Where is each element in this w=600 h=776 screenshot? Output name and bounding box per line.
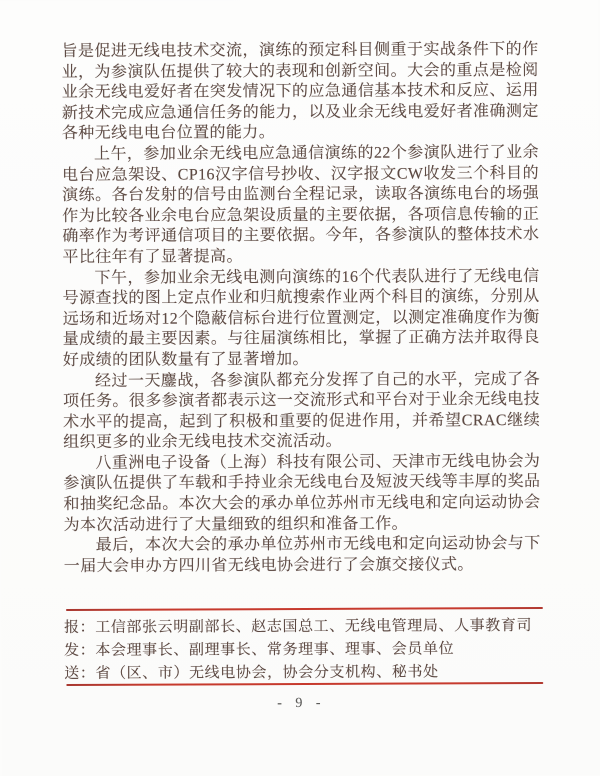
document-page: 旨是促进无线电技术交流，演练的预定科目侧重于实战条件下的作业，为参演队伍提供了较… <box>0 0 600 776</box>
paragraph: 上午，参加业余无线电应急通信演练的22个参演队进行了业余电台应急架设、CP16汉… <box>62 143 540 269</box>
paragraph: 最后，本次大会的承办单位苏州市无线电和定向运动协会与下一届大会申办方四川省无线电… <box>64 534 541 577</box>
paragraph: 旨是促进无线电技术交流，演练的预定科目侧重于实战条件下的作业，为参演队伍提供了较… <box>61 40 538 145</box>
distribution-row-report: 报： 工信部张云明副部长、赵志国总工、无线电管理局、人事教育司 <box>64 615 545 640</box>
distribution-label: 报： <box>64 617 95 640</box>
distribution-row-issue: 发： 本会理事长、副理事长、常务理事、理事、会员单位 <box>64 638 545 663</box>
page-number: - 9 - <box>1 695 600 714</box>
paragraph: 八重洲电子设备（上海）科技有限公司、天津市无线电协会为参演队伍提供了车载和手持业… <box>63 452 540 536</box>
distribution-label: 送： <box>64 662 95 685</box>
divider-line-top <box>66 607 543 611</box>
distribution-text: 工信部张云明副部长、赵志国总工、无线电管理局、人事教育司 <box>95 615 532 640</box>
paragraph: 经过一天鏖战，各参演队都充分发挥了自己的水平，完成了各项任务。很多参演者都表示这… <box>63 369 540 453</box>
distribution-list: 报： 工信部张云明副部长、赵志国总工、无线电管理局、人事教育司 发： 本会理事长… <box>64 615 545 685</box>
document-body: 旨是促进无线电技术交流，演练的预定科目侧重于实战条件下的作业，为参演队伍提供了较… <box>61 40 540 578</box>
distribution-text: 本会理事长、副理事长、常务理事、理事、会员单位 <box>95 638 454 662</box>
distribution-label: 发： <box>64 640 95 663</box>
paragraph: 下午，参加业余无线电测向演练的16个代表队进行了无线电信号源查找的图上定点作业和… <box>62 266 539 371</box>
